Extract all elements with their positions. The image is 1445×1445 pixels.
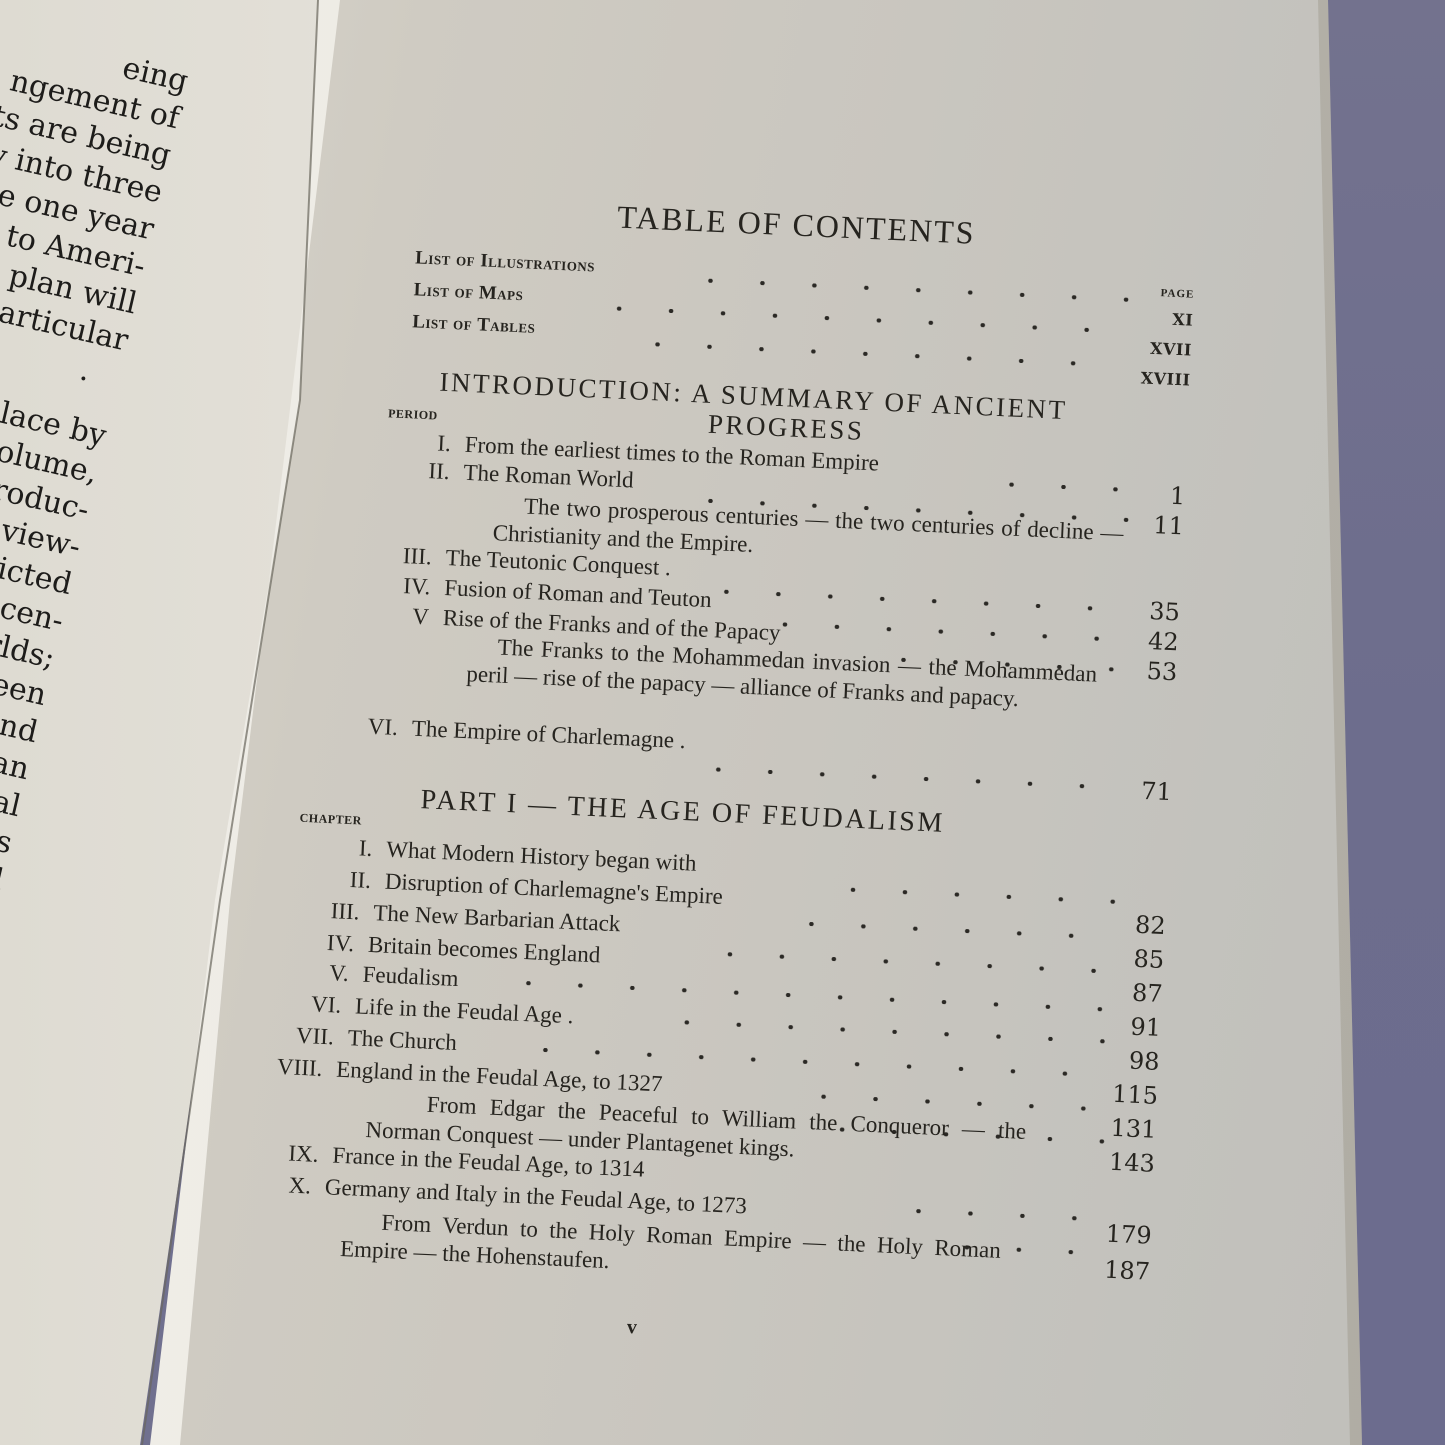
entry-page: 35 — [1149, 597, 1181, 626]
entry-page: 187 — [1104, 1256, 1151, 1286]
entry-page: 143 — [1108, 1148, 1155, 1178]
entry-number: II. — [306, 865, 371, 894]
entry-number: VI. — [277, 990, 342, 1019]
entry-page: 42 — [1147, 627, 1179, 656]
entry-page: 85 — [1133, 945, 1165, 974]
entry-page: 82 — [1135, 911, 1167, 940]
entry-page: 11 — [1153, 511, 1185, 540]
entry-page: 131 — [1110, 1114, 1157, 1144]
entry-page: 91 — [1130, 1013, 1162, 1042]
entry-number: IV. — [366, 571, 431, 600]
entry-title: The Church — [347, 1025, 457, 1055]
entry-number: V — [364, 601, 429, 630]
entry-page: 87 — [1131, 979, 1163, 1008]
entry-page: 53 — [1146, 657, 1178, 686]
entry-page: 71 — [1141, 777, 1173, 806]
page-folio: v — [626, 1316, 637, 1339]
entry-number: IX. — [254, 1139, 319, 1168]
entry-title: Feudalism — [362, 962, 459, 991]
entry-page: 98 — [1128, 1047, 1160, 1076]
chapter-column-label: CHAPTER — [299, 811, 362, 829]
entry-number: III. — [367, 542, 432, 571]
book-photo: eing ngement of ipts are being ory into … — [0, 0, 1445, 1445]
entry-number: IV. — [290, 928, 355, 957]
entry-number: I. — [386, 428, 451, 457]
entry-number: X. — [246, 1171, 311, 1200]
entry-number: V. — [284, 958, 349, 987]
entry-number: VII. — [269, 1022, 334, 1051]
entry-label: List of Tables — [412, 311, 536, 339]
entry-page: 115 — [1112, 1080, 1159, 1110]
entry-page: 1 — [1169, 482, 1186, 511]
period-column-label: PERIOD — [388, 406, 438, 423]
entry-label: List of Maps — [413, 279, 524, 306]
entry-number: I. — [308, 833, 373, 862]
entry-page: 179 — [1105, 1220, 1152, 1250]
entry-number: VI. — [333, 712, 398, 741]
entry-number: II. — [385, 456, 450, 485]
entry-number: VIII. — [258, 1053, 323, 1082]
entry-page: xviii — [1140, 362, 1191, 391]
entry-number: III. — [295, 897, 360, 926]
